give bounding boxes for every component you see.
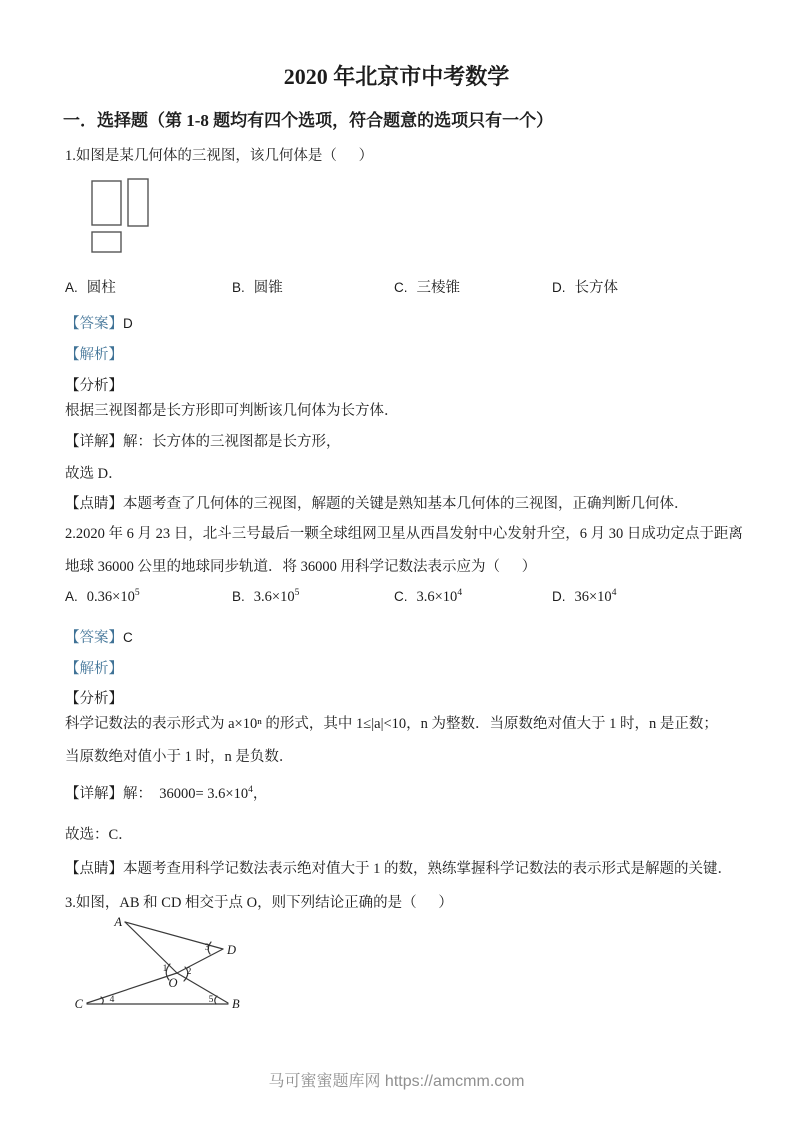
- answer-marker: 【答案】: [65, 630, 123, 646]
- analyze-marker: 【分析】: [65, 691, 123, 707]
- q1-analyze-line: 【分析】: [65, 376, 123, 396]
- figure-label-a: A: [113, 915, 122, 929]
- q2-options-row: A.0.36×105 B.3.6×105 C.3.6×104 D.36×104: [65, 589, 765, 615]
- tip-marker: 【点睛】: [65, 496, 123, 512]
- top-view-rect: [92, 232, 121, 252]
- q2-option-b: B.3.6×105: [232, 589, 299, 606]
- segment-c-o: [87, 973, 177, 1003]
- explain-marker: 【解析】: [65, 347, 123, 363]
- figure-label-o: O: [168, 976, 177, 990]
- q2-answer-value: C: [123, 630, 133, 645]
- q1-stem: 1.如图是某几何体的三视图，该几何体是（ ）: [65, 146, 373, 166]
- side-view-rect: [128, 179, 148, 226]
- three-view-diagram: [88, 176, 154, 258]
- detail-marker: 【详解】: [65, 434, 123, 450]
- q1-tip-line: 【点睛】本题考查了几何体的三视图，解题的关键是熟知基本几何体的三视图，正确判断几…: [65, 494, 689, 514]
- figure-label-c: C: [75, 997, 84, 1011]
- q1-conclusion: 故选 D．: [65, 464, 123, 484]
- q1-option-c: C.三棱锥: [394, 276, 460, 297]
- front-view-rect: [92, 181, 121, 225]
- q2-option-d: D.36×104: [552, 589, 616, 606]
- figure-angle-5: 5: [209, 995, 214, 1005]
- analyze-marker: 【分析】: [65, 378, 123, 394]
- q2-stem-line2: 地球 36000 公里的地球同步轨道．将 36000 用科学记数法表示应为（ ）: [65, 557, 536, 577]
- answer-marker: 【答案】: [65, 316, 123, 332]
- q2-option-c: C.3.6×104: [394, 589, 462, 606]
- figure-angle-1: 1: [163, 964, 168, 974]
- q1-options-row: A.圆柱 B.圆锥 C.三棱锥 D.长方体: [65, 276, 765, 302]
- figure-angle-4: 4: [110, 995, 115, 1005]
- tip-marker: 【点睛】: [65, 861, 123, 877]
- figure-label-b: B: [232, 997, 240, 1011]
- q2-stem-line1: 2.2020 年 6 月 23 日，北斗三号最后一颗全球组网卫星从西昌发射中心发…: [65, 524, 743, 544]
- angle-5-arc: [215, 996, 217, 1004]
- segment-o-d: [177, 949, 223, 973]
- section-heading: 一．选择题（第 1-8 题均有四个选项，符合题意的选项只有一个）: [63, 106, 553, 131]
- explain-marker: 【解析】: [65, 661, 123, 677]
- page-title: 2020 年北京市中考数学: [0, 60, 793, 91]
- q2-tip-line: 【点睛】本题考查用科学记数法表示绝对值大于 1 的数，熟练掌握科学记数法的表示形…: [65, 859, 732, 879]
- q2-detail-line: 【详解】解： 36000= 3.6×104，: [65, 784, 267, 804]
- q1-detail-line: 【详解】解：长方体的三视图都是长方形，: [65, 432, 341, 452]
- q3-stem: 3.如图，AB 和 CD 相交于点 O，则下列结论正确的是（ ）: [65, 893, 453, 913]
- q1-answer-line: 【答案】D: [65, 314, 133, 334]
- q1-explain-line: 【解析】: [65, 345, 123, 365]
- q2-option-a: A.0.36×105: [65, 589, 140, 606]
- q1-analysis-text: 根据三视图都是长方形即可判断该几何体为长方体．: [65, 401, 399, 421]
- q1-option-d: D.长方体: [552, 276, 618, 297]
- q1-answer-value: D: [123, 316, 133, 331]
- q2-conclusion: 故选：C．: [65, 825, 133, 845]
- figure-angle-3: 3: [205, 943, 210, 953]
- figure-label-d: D: [226, 943, 236, 957]
- q2-analysis-line1: 科学记数法的表示形式为 a×10ⁿ 的形式，其中 1≤|a|<10，n 为整数．…: [65, 714, 718, 734]
- q1-option-a: A.圆柱: [65, 276, 116, 297]
- detail-marker: 【详解】: [65, 786, 123, 802]
- figure-angle-2: 2: [187, 967, 192, 977]
- q2-answer-line: 【答案】C: [65, 628, 133, 648]
- q2-analyze-line: 【分析】: [65, 689, 123, 709]
- q1-option-b: B.圆锥: [232, 276, 283, 297]
- segment-o-b: [177, 973, 228, 1003]
- footer-site-link[interactable]: 马可蜜蜜题库网 https://amcmm.com: [0, 1068, 793, 1091]
- q2-explain-line: 【解析】: [65, 659, 123, 679]
- exam-document-page: 2020 年北京市中考数学 一．选择题（第 1-8 题均有四个选项，符合题意的选…: [0, 0, 793, 1122]
- q3-intersecting-lines-figure: A D O C B 1 2 3 4 5: [60, 912, 260, 1020]
- q2-analysis-line2: 当原数绝对值小于 1 时，n 是负数．: [65, 747, 293, 767]
